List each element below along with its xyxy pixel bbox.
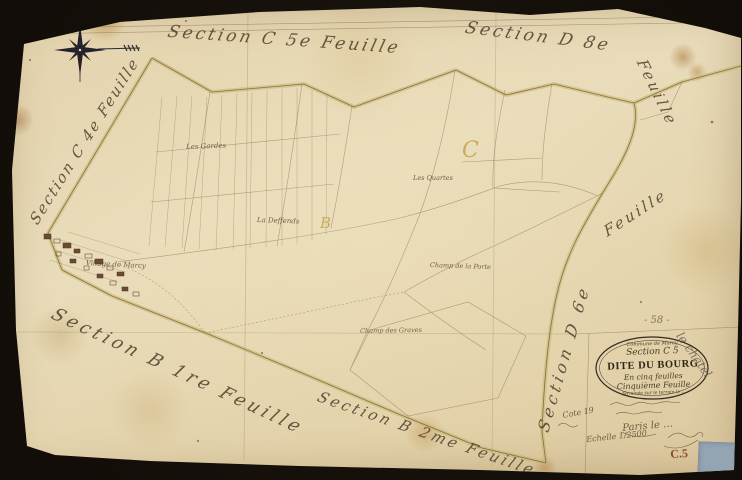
map-paper: Section C 5e Feuille Section D 8e Feuill… bbox=[0, 0, 742, 480]
label-la-deffends: La Deffends bbox=[257, 217, 300, 225]
label-les-gardes: Les Gardes bbox=[186, 143, 226, 151]
page-number: - 58 - bbox=[644, 316, 670, 326]
section-letter-c: C bbox=[462, 140, 479, 162]
section-letter-b: B bbox=[320, 216, 331, 231]
corner-mark: 3 bbox=[18, 42, 24, 51]
roads-wash bbox=[48, 58, 741, 463]
label-champ-des-graves: Champ des Graves bbox=[360, 327, 422, 335]
footer-sheet-ref: C.5 bbox=[670, 447, 688, 460]
label-champ-de-la-porte: Champ de la Porte bbox=[430, 262, 491, 271]
label-les-quartes: Les Quartes bbox=[413, 175, 453, 182]
scanned-map-page: Section C 5e Feuille Section D 8e Feuill… bbox=[0, 0, 742, 480]
repair-patch bbox=[697, 441, 738, 476]
